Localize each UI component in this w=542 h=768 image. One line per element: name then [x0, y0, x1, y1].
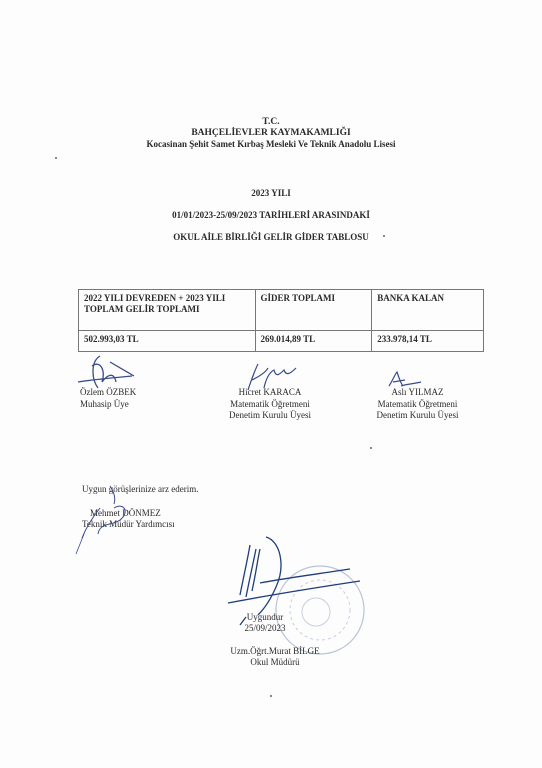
value-total-expense: 269.014,89 TL: [255, 331, 372, 352]
header-district: BAHÇELİEVLER KAYMAKAMLIĞI: [0, 128, 542, 139]
approval-status: Uygundur: [225, 612, 305, 624]
official-stamp-icon: [270, 560, 370, 660]
doc-table-title: OKUL AİLE BİRLİĞİ GELİR GİDER TABLOSU: [0, 232, 542, 243]
header-bank-balance: BANKA KALAN: [372, 290, 484, 331]
approval-role: Okul Müdürü: [205, 657, 345, 669]
signatory-3-name: Aslı YILMAZ: [355, 387, 480, 399]
table-header-row: 2022 YILI DEVREDEN + 2023 YILI TOPLAM GE…: [79, 290, 484, 331]
signatory-1-name: Özlem ÖZBEK: [80, 387, 136, 399]
speck: [383, 235, 385, 237]
header-total-expense: GİDER TOPLAMI: [255, 290, 372, 331]
table-row: 502.993,03 TL 269.014,89 TL 233.978,14 T…: [79, 331, 484, 352]
submission-text: Uygun görüşlerinize arz ederim.: [82, 484, 198, 496]
speck: [370, 447, 372, 449]
doc-year: 2023 YILI: [0, 188, 542, 199]
doc-date-range: 01/01/2023-25/09/2023 TARİHLERİ ARASINDA…: [0, 210, 542, 221]
signatory-1: Özlem ÖZBEK Muhasip Üye: [80, 387, 136, 410]
signatory-1-role: Muhasip Üye: [80, 399, 136, 411]
signatory-2-role2: Denetim Kurulu Üyesi: [205, 410, 335, 422]
header-school: Kocasinan Şehit Samet Kırbaş Mesleki Ve …: [0, 139, 542, 150]
submission-role: Teknik Müdür Yardımcısı: [82, 519, 175, 531]
speck: [270, 695, 272, 697]
approval-name: Uzm.Öğrt.Murat BİLGE: [205, 646, 345, 658]
header-total-income: 2022 YILI DEVREDEN + 2023 YILI TOPLAM GE…: [79, 290, 256, 331]
value-bank-balance: 233.978,14 TL: [372, 331, 484, 352]
income-expense-table: 2022 YILI DEVREDEN + 2023 YILI TOPLAM GE…: [78, 289, 484, 352]
header-tc: T.C.: [0, 117, 542, 128]
submission-name: Mehmet DÖNMEZ: [90, 508, 161, 520]
signatory-3-role: Matematik Öğretmeni: [355, 399, 480, 411]
approval-date: 25/09/2023: [225, 623, 305, 635]
signatory-2-name: Hicret KARACA: [205, 387, 335, 399]
signatory-2-role: Matematik Öğretmeni: [205, 399, 335, 411]
signatory-3: Aslı YILMAZ Matematik Öğretmeni Denetim …: [355, 387, 480, 422]
speck: [55, 157, 57, 159]
signatory-3-role2: Denetim Kurulu Üyesi: [355, 410, 480, 422]
value-total-income: 502.993,03 TL: [79, 331, 256, 352]
signatory-2: Hicret KARACA Matematik Öğretmeni Deneti…: [205, 387, 335, 422]
